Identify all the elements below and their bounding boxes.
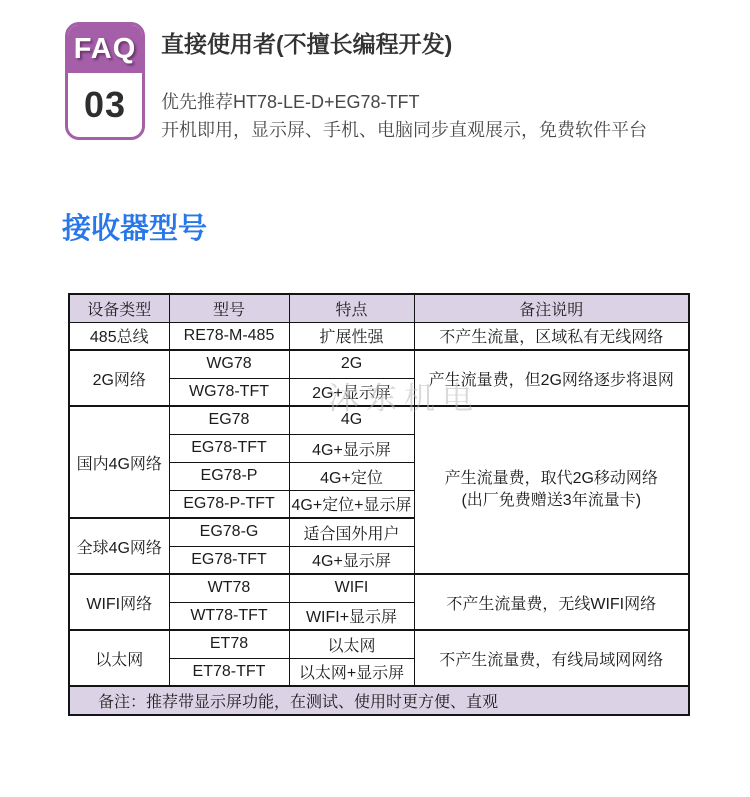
table-cell: 不产生流量，区域私有无线网络 bbox=[414, 322, 689, 350]
table-footer-row: 备注：推荐带显示屏功能，在测试、使用时更方便、直观 bbox=[69, 686, 689, 715]
column-header: 设备类型 bbox=[69, 294, 169, 322]
table-cell: EG78-TFT bbox=[169, 434, 289, 462]
table-cell: WIFI+显示屏 bbox=[289, 602, 414, 630]
table-cell: EG78-G bbox=[169, 518, 289, 546]
table-cell: 2G网络 bbox=[69, 350, 169, 406]
table-footer-note: 备注：推荐带显示屏功能，在测试、使用时更方便、直观 bbox=[69, 686, 689, 715]
table-cell: RE78-M-485 bbox=[169, 322, 289, 350]
table-body: 485总线RE78-M-485扩展性强不产生流量，区域私有无线网络2G网络WG7… bbox=[69, 322, 689, 686]
table-cell: 4G bbox=[289, 406, 414, 434]
table-row: WIFI网络WT78WIFI不产生流量费，无线WIFI网络 bbox=[69, 574, 689, 602]
table-cell: 全球4G网络 bbox=[69, 518, 169, 574]
header-text-block: 直接使用者(不擅长编程开发) 优先推荐HT78-LE-D+EG78-TFT 开机… bbox=[161, 22, 647, 144]
table-cell: ET78-TFT bbox=[169, 658, 289, 686]
faq-number: 03 bbox=[68, 73, 142, 137]
table-cell: WIFI bbox=[289, 574, 414, 602]
page-title: 直接使用者(不擅长编程开发) bbox=[161, 30, 647, 58]
table-cell: 以太网+显示屏 bbox=[289, 658, 414, 686]
table-cell: 4G+定位 bbox=[289, 462, 414, 490]
table-row: 2G网络WG782G产生流量费，但2G网络逐步将退网 bbox=[69, 350, 689, 378]
table-cell: 4G+显示屏 bbox=[289, 546, 414, 574]
table-cell: EG78-TFT bbox=[169, 546, 289, 574]
table-cell: 扩展性强 bbox=[289, 322, 414, 350]
column-header: 备注说明 bbox=[414, 294, 689, 322]
table-header-row: 设备类型型号特点备注说明 bbox=[69, 294, 689, 322]
table-cell: 2G bbox=[289, 350, 414, 378]
table-cell: ET78 bbox=[169, 630, 289, 658]
receiver-models-table: 设备类型型号特点备注说明 485总线RE78-M-485扩展性强不产生流量，区域… bbox=[68, 293, 690, 716]
receiver-models-section: 设备类型型号特点备注说明 485总线RE78-M-485扩展性强不产生流量，区域… bbox=[68, 293, 688, 716]
table-cell: WIFI网络 bbox=[69, 574, 169, 630]
table-cell: EG78-P bbox=[169, 462, 289, 490]
table-cell: 不产生流量费，有线局域网网络 bbox=[414, 630, 689, 686]
table-cell: 产生流量费，但2G网络逐步将退网 bbox=[414, 350, 689, 406]
table-cell: 485总线 bbox=[69, 322, 169, 350]
table-cell: EG78-P-TFT bbox=[169, 490, 289, 518]
table-cell: 以太网 bbox=[69, 630, 169, 686]
table-row: 485总线RE78-M-485扩展性强不产生流量，区域私有无线网络 bbox=[69, 322, 689, 350]
table-cell: 4G+显示屏 bbox=[289, 434, 414, 462]
table-cell: 产生流量费，取代2G移动网络(出厂免费赠送3年流量卡) bbox=[414, 406, 689, 574]
table-cell: WT78 bbox=[169, 574, 289, 602]
column-header: 型号 bbox=[169, 294, 289, 322]
table-cell: 2G+显示屏 bbox=[289, 378, 414, 406]
table-cell: 4G+定位+显示屏 bbox=[289, 490, 414, 518]
section-heading: 接收器型号 bbox=[62, 210, 750, 248]
table-cell: 以太网 bbox=[289, 630, 414, 658]
table-cell: EG78 bbox=[169, 406, 289, 434]
table-cell: 国内4G网络 bbox=[69, 406, 169, 518]
table-row: 国内4G网络EG784G产生流量费，取代2G移动网络(出厂免费赠送3年流量卡) bbox=[69, 406, 689, 434]
table-row: 以太网ET78以太网不产生流量费，有线局域网网络 bbox=[69, 630, 689, 658]
description-line: 开机即用，显示屏、手机、电脑同步直观展示，免费软件平台 bbox=[161, 116, 647, 144]
table-cell: WT78-TFT bbox=[169, 602, 289, 630]
table-cell: 不产生流量费，无线WIFI网络 bbox=[414, 574, 689, 630]
faq-header: FAQ 03 直接使用者(不擅长编程开发) 优先推荐HT78-LE-D+EG78… bbox=[0, 0, 750, 144]
table-cell: WG78-TFT bbox=[169, 378, 289, 406]
table-cell: 适合国外用户 bbox=[289, 518, 414, 546]
faq-label: FAQ bbox=[68, 25, 142, 73]
column-header: 特点 bbox=[289, 294, 414, 322]
table-cell: WG78 bbox=[169, 350, 289, 378]
faq-badge: FAQ 03 bbox=[65, 22, 145, 140]
recommendation-line: 优先推荐HT78-LE-D+EG78-TFT bbox=[161, 88, 647, 116]
